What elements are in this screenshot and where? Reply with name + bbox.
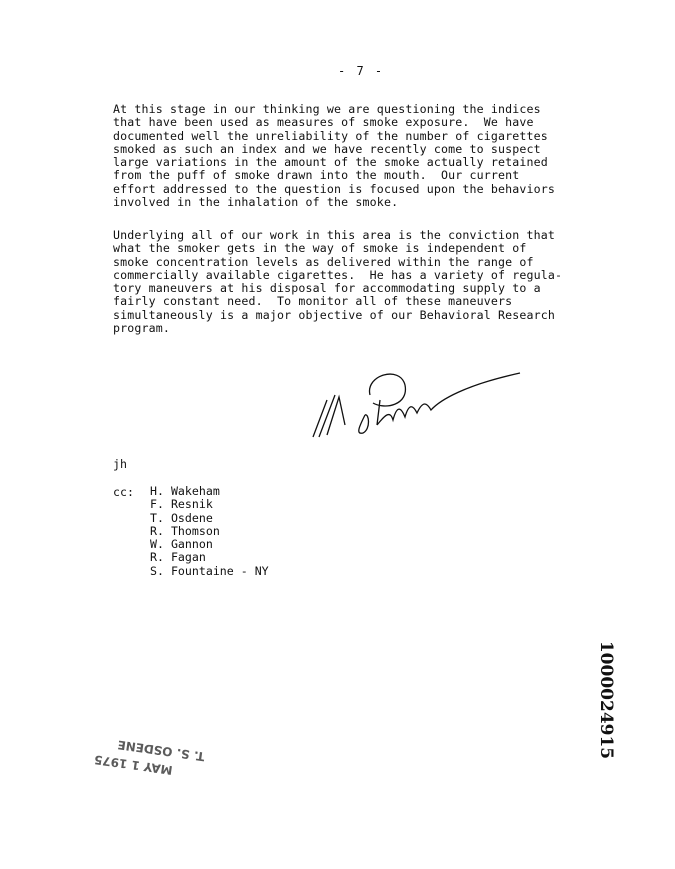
cc-label: cc:	[113, 485, 134, 499]
cc-recipient-list: H. WakehamF. ResnikT. OsdeneR. ThomsonW.…	[150, 485, 269, 578]
text-line: smoke concentration levels as delivered …	[113, 256, 562, 269]
text-line: At this stage in our thinking we are que…	[113, 103, 555, 116]
text-line: what the smoker gets in the way of smoke…	[113, 242, 562, 255]
text-line: from the puff of smoke drawn into the mo…	[113, 169, 555, 182]
page-number: - 7 -	[338, 64, 384, 78]
cc-recipient: W. Gannon	[150, 538, 269, 551]
cc-recipient: H. Wakeham	[150, 485, 269, 498]
cc-recipient: R. Thomson	[150, 525, 269, 538]
text-line: Underlying all of our work in this area …	[113, 229, 562, 242]
cc-recipient: F. Resnik	[150, 498, 269, 511]
text-line: commercially available cigarettes. He ha…	[113, 269, 562, 282]
bates-number-text: 1000024915	[596, 641, 616, 759]
signature	[305, 355, 535, 445]
cc-recipient: S. Fountaine - NY	[150, 565, 269, 578]
text-line: program.	[113, 322, 562, 335]
paragraph-1: At this stage in our thinking we are que…	[113, 103, 555, 209]
typist-initials: jh	[113, 457, 127, 471]
text-line: involved in the inhalation of the smoke.	[113, 196, 555, 209]
paragraph-2: Underlying all of our work in this area …	[113, 229, 562, 335]
text-line: documented well the unreliability of the…	[113, 130, 555, 143]
text-line: fairly constant need. To monitor all of …	[113, 295, 562, 308]
text-line: smoked as such an index and we have rece…	[113, 143, 555, 156]
cc-recipient: R. Fagan	[150, 551, 269, 564]
text-line: effort addressed to the question is focu…	[113, 183, 555, 196]
bates-number: 1000024915	[596, 630, 616, 770]
text-line: simultaneously is a major objective of o…	[113, 309, 562, 322]
text-line: tory maneuvers at his disposal for accom…	[113, 282, 562, 295]
text-line: that have been used as measures of smoke…	[113, 116, 555, 129]
cc-recipient: T. Osdene	[150, 512, 269, 525]
text-line: large variations in the amount of the sm…	[113, 156, 555, 169]
received-stamp: MAY 1 1975 T. S. OSDENE	[93, 733, 206, 784]
